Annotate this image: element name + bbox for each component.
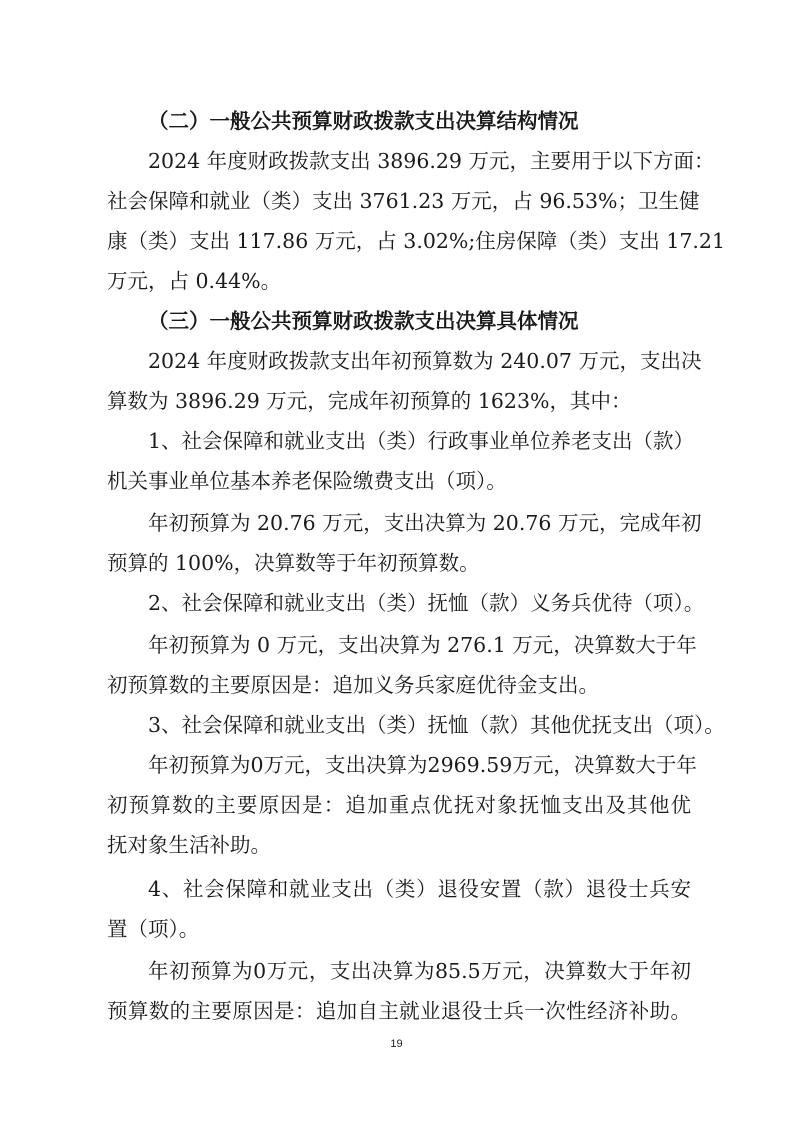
item-heading-3: 3、社会保障和就业支出（类）抚恤（款）其他优抚支出（项）。 (148, 710, 691, 740)
paragraph-line: 初预算数的主要原因是：追加义务兵家庭优待金支出。 (107, 670, 691, 700)
paragraph-line: 机关事业单位基本养老保险缴费支出（项）。 (107, 466, 691, 496)
section-heading-details: （三）一般公共预算财政拨款支出决算具体情况 (148, 306, 579, 336)
paragraph-line: 万元，占 0.44%。 (107, 266, 691, 296)
section-heading-structure: （二）一般公共预算财政拨款支出决算结构情况 (148, 106, 579, 136)
paragraph-line: 年初预算为0万元，支出决算为85.5万元，决算数大于年初 (148, 956, 691, 986)
paragraph-line: 初预算数的主要原因是：追加重点优抚对象抚恤支出及其他优 (107, 790, 691, 820)
document-page: （二）一般公共预算财政拨款支出决算结构情况 2024 年度财政拨款支出 3896… (0, 0, 793, 1122)
paragraph-line: 年初预算为 0 万元，支出决算为 276.1 万元，决算数大于年 (148, 630, 691, 660)
paragraph-line: 置（项）。 (107, 914, 691, 944)
paragraph-line: 算数为 3896.29 万元，完成年初预算的 1623%，其中： (107, 386, 691, 416)
paragraph-line: 2024 年度财政拨款支出年初预算数为 240.07 万元，支出决 (148, 346, 691, 376)
paragraph-line: 2024 年度财政拨款支出 3896.29 万元，主要用于以下方面： (148, 146, 691, 176)
paragraph-line: 预算的 100%，决算数等于年初预算数。 (107, 548, 691, 578)
page-number: 19 (0, 1038, 793, 1050)
paragraph-line: 年初预算为0万元，支出决算为2969.59万元，决算数大于年 (148, 750, 691, 780)
paragraph-line: 年初预算为 20.76 万元，支出决算为 20.76 万元，完成年初 (148, 508, 691, 538)
item-heading-2: 2、社会保障和就业支出（类）抚恤（款）义务兵优待（项）。 (148, 588, 691, 618)
item-heading-4: 4、社会保障和就业支出（类）退役安置（款）退役士兵安 (148, 874, 691, 904)
paragraph-line: 抚对象生活补助。 (107, 830, 691, 860)
item-heading-1: 1、社会保障和就业支出（类）行政事业单位养老支出（款） (148, 426, 691, 456)
paragraph-line: 预算数的主要原因是：追加自主就业退役士兵一次性经济补助。 (107, 996, 691, 1026)
paragraph-line: 康（类）支出 117.86 万元，占 3.02%;住房保障（类）支出 17.21 (107, 226, 691, 256)
paragraph-line: 社会保障和就业（类）支出 3761.23 万元，占 96.53%；卫生健 (107, 186, 691, 216)
